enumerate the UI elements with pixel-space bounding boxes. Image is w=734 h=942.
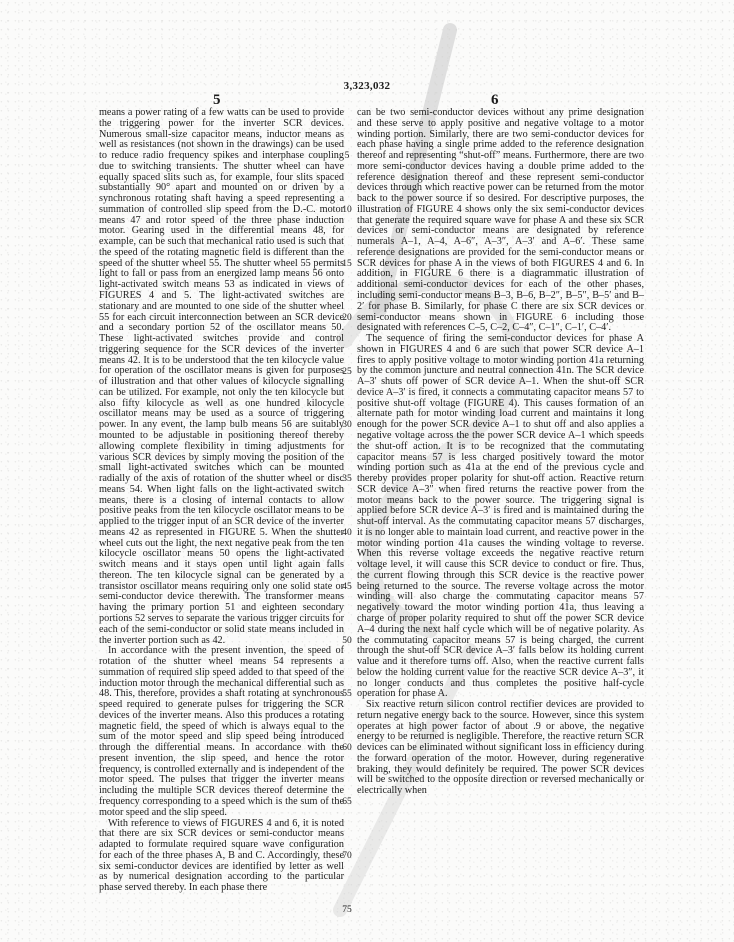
line-number: 20 bbox=[338, 313, 356, 324]
paragraph: With reference to views of FIGURES 4 and… bbox=[99, 819, 344, 894]
paragraph: Six reactive return silicon control rect… bbox=[357, 700, 644, 797]
line-number: 65 bbox=[338, 797, 356, 808]
line-number: 25 bbox=[338, 367, 356, 378]
line-number: 70 bbox=[338, 851, 356, 862]
paragraph: In accordance with the present invention… bbox=[99, 646, 344, 818]
line-number: 55 bbox=[338, 689, 356, 700]
line-number: 15 bbox=[338, 259, 356, 270]
line-number: 5 bbox=[338, 151, 356, 162]
line-number: 10 bbox=[338, 205, 356, 216]
line-number: 35 bbox=[338, 474, 356, 485]
line-number: 40 bbox=[338, 528, 356, 539]
line-number: 75 bbox=[338, 905, 356, 916]
line-number: 30 bbox=[338, 420, 356, 431]
patent-number: 3,323,032 bbox=[0, 80, 734, 92]
left-text-column: means a power rating of a few watts can … bbox=[99, 108, 344, 894]
right-text-column: can be two semi-conductor devices withou… bbox=[357, 108, 644, 797]
line-number: 50 bbox=[338, 636, 356, 647]
paragraph: means a power rating of a few watts can … bbox=[99, 108, 344, 646]
line-number: 60 bbox=[338, 743, 356, 754]
paragraph: The sequence of firing the semi-conducto… bbox=[357, 334, 644, 700]
paragraph: can be two semi-conductor devices withou… bbox=[357, 108, 644, 334]
line-number: 45 bbox=[338, 582, 356, 593]
